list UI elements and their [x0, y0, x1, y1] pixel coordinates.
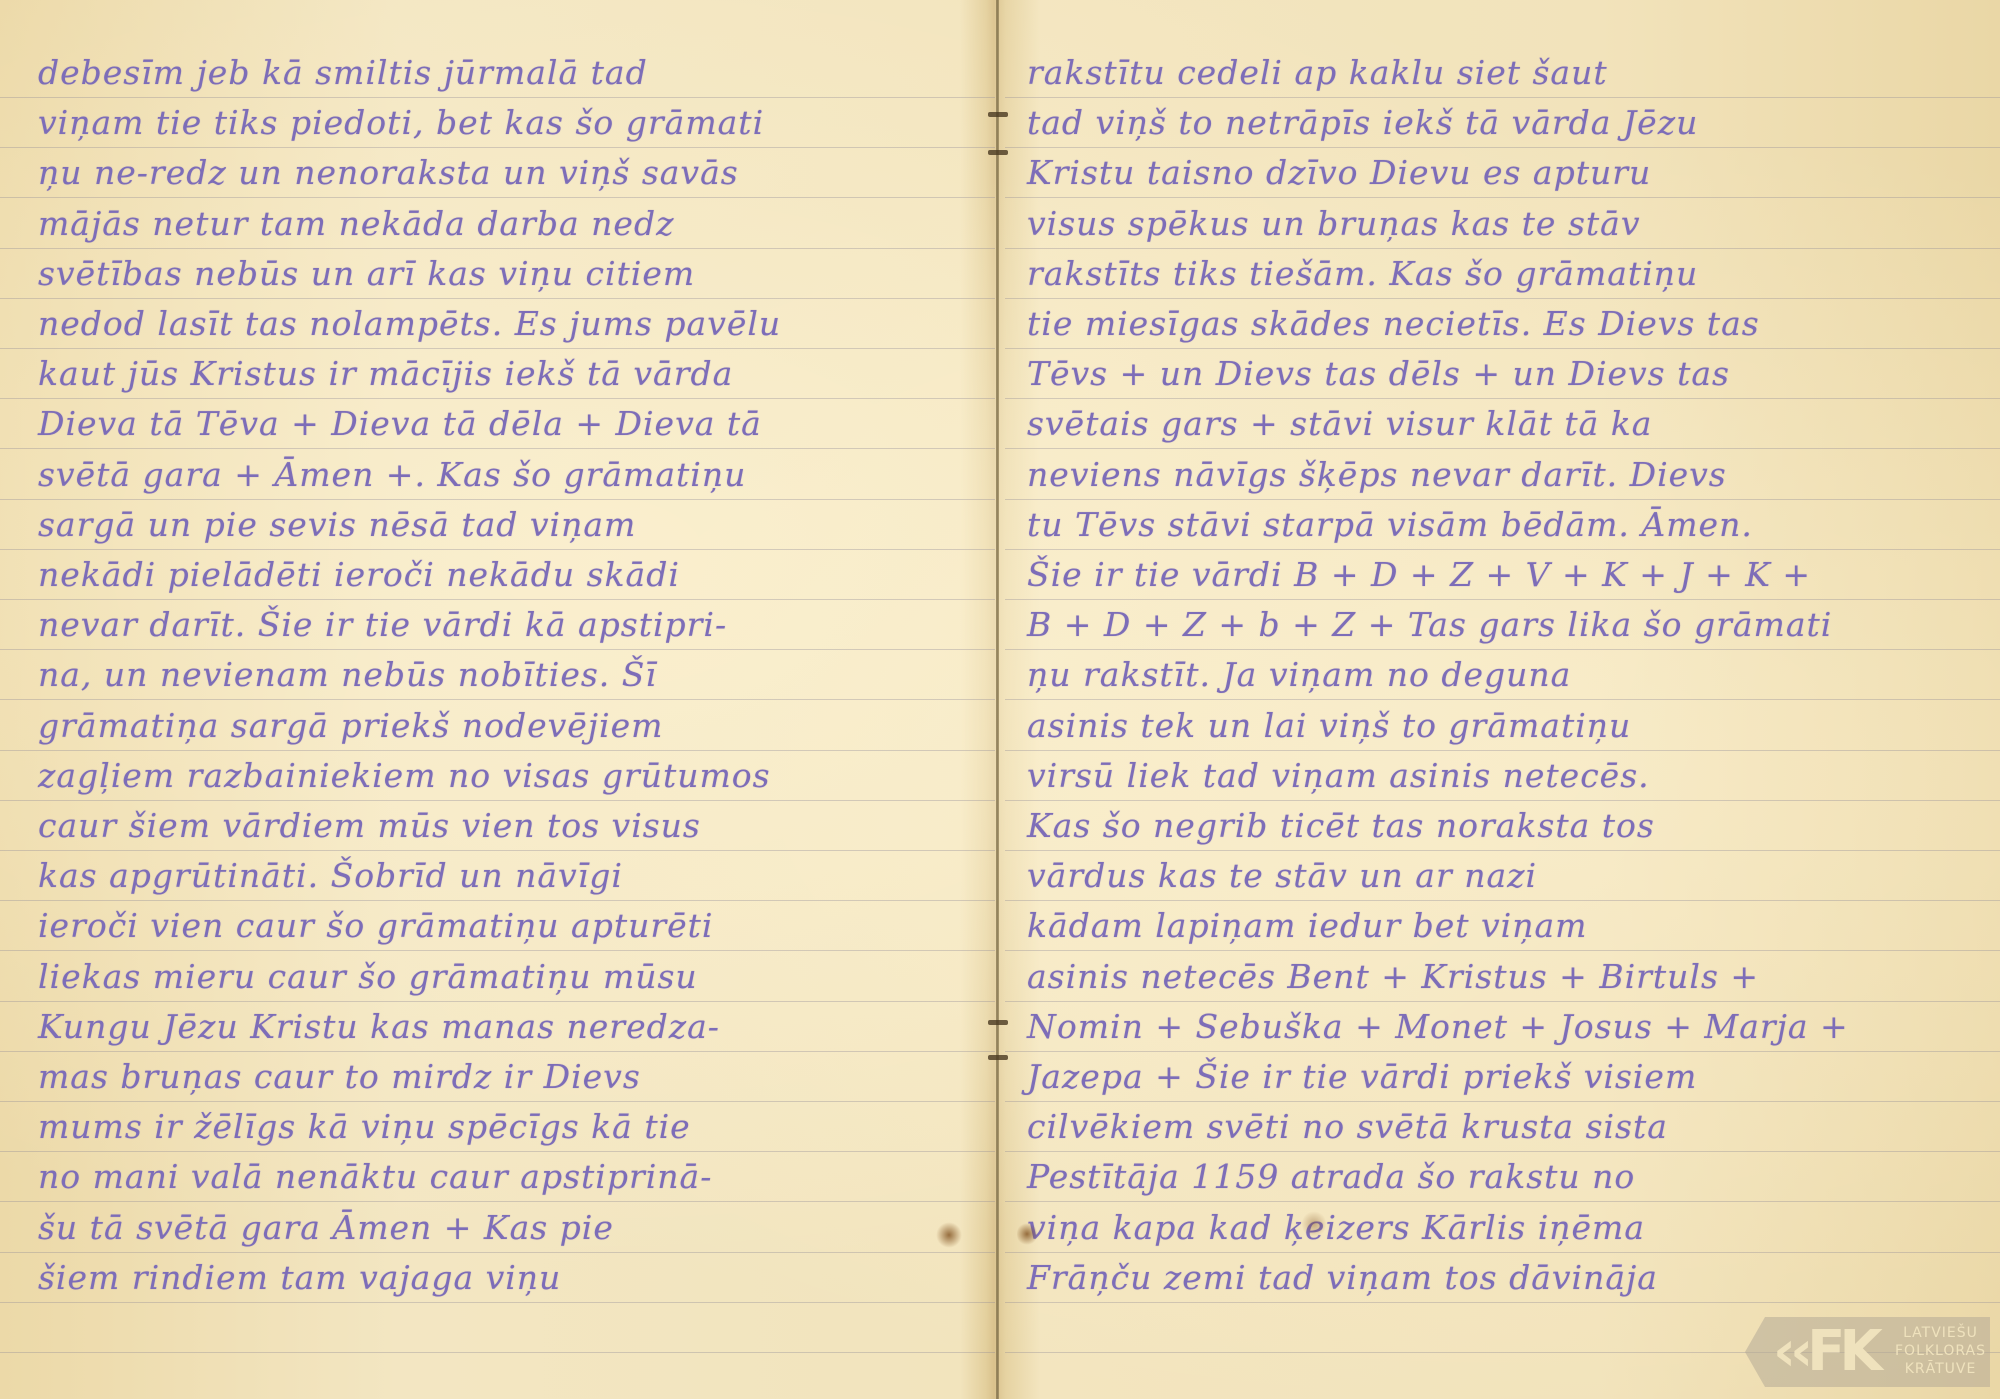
- handwritten-line: grāmatiņa sargā priekš nodevējiem: [0, 706, 995, 754]
- notebook-spread: debesīm jeb kā smiltis jūrmalā tadviņam …: [0, 0, 2000, 1399]
- paper-stain: [1017, 1222, 1037, 1246]
- lfk-monogram-icon: ‹‹FK: [1773, 1319, 1877, 1385]
- staple: [988, 112, 1008, 117]
- handwritten-line: tad viņš to netrāpīs iekš tā vārda Jēzu: [1005, 103, 2000, 151]
- handwritten-line: svētais gars + stāvi visur klāt tā ka: [1005, 404, 2000, 452]
- ruled-line: [0, 1352, 995, 1353]
- handwritten-line: neviens nāvīgs šķēps nevar darīt. Dievs: [1005, 455, 2000, 503]
- handwritten-line: Kungu Jēzu Kristu kas manas neredza-: [0, 1007, 995, 1055]
- handwritten-line: nevar darīt. Šie ir tie vārdi kā apstipr…: [0, 605, 995, 653]
- handwritten-line: Nomin + Sebuška + Monet + Josus + Marja …: [1005, 1007, 2000, 1055]
- handwritten-line: Kas šo negrib ticēt tas noraksta tos: [1005, 806, 2000, 854]
- handwritten-line: kas apgrūtināti. Šobrīd un nāvīgi: [0, 856, 995, 904]
- handwritten-line: Šie ir tie vārdi B + D + Z + V + K + J +…: [1005, 555, 2000, 603]
- handwritten-line: liekas mieru caur šo grāmatiņu mūsu: [0, 957, 995, 1005]
- handwritten-line: nekādi pielādēti ieroči nekādu skādi: [0, 555, 995, 603]
- handwritten-line: no mani valā nenāktu caur apstiprinā-: [0, 1157, 995, 1205]
- logo-text: LATVIEŠU FOLKLORAS KRĀTUVE: [1895, 1324, 1986, 1378]
- logo-arrow-icon: [1745, 1317, 1765, 1387]
- left-page: debesīm jeb kā smiltis jūrmalā tadviņam …: [0, 0, 995, 1399]
- handwritten-line: na, un nevienam nebūs nobīties. Šī: [0, 655, 995, 703]
- handwritten-line: debesīm jeb kā smiltis jūrmalā tad: [0, 53, 995, 101]
- handwritten-line: sargā un pie sevis nēsā tad viņam: [0, 505, 995, 553]
- handwritten-line: virsū liek tad viņam asinis netecēs.: [1005, 756, 2000, 804]
- handwritten-line: caur šiem vārdiem mūs vien tos visus: [0, 806, 995, 854]
- handwritten-line: mums ir žēlīgs kā viņu spēcīgs kā tie: [0, 1107, 995, 1155]
- logo-line: KRĀTUVE: [1895, 1360, 1986, 1378]
- handwritten-line: kaut jūs Kristus ir mācījis iekš tā vārd…: [0, 354, 995, 402]
- handwritten-line: Frāņču zemi tad viņam tos dāvināja: [1005, 1258, 2000, 1306]
- handwritten-line: nedod lasīt tas nolampēts. Es jums pavēl…: [0, 304, 995, 352]
- staple: [988, 150, 1008, 155]
- handwritten-line: viņam tie tiks piedoti, bet kas šo grāma…: [0, 103, 995, 151]
- handwritten-line: vārdus kas te stāv un ar nazi: [1005, 856, 2000, 904]
- paper-stain: [1302, 1210, 1326, 1238]
- handwritten-line: zagļiem razbainiekiem no visas grūtumos: [0, 756, 995, 804]
- staple: [988, 1020, 1008, 1025]
- handwritten-line: Kristu taisno dzīvo Dievu es apturu: [1005, 153, 2000, 201]
- handwritten-line: asinis tek un lai viņš to grāmatiņu: [1005, 706, 2000, 754]
- handwritten-line: visus spēkus un bruņas kas te stāv: [1005, 204, 2000, 252]
- handwritten-line: tie miesīgas skādes necietīs. Es Dievs t…: [1005, 304, 2000, 352]
- handwritten-line: svētības nebūs un arī kas viņu citiem: [0, 254, 995, 302]
- handwritten-line: svētā gara + Āmen +. Kas šo grāmatiņu: [0, 455, 995, 503]
- handwritten-line: šiem rindiem tam vajaga viņu: [0, 1258, 995, 1306]
- handwritten-line: rakstītu cedeli ap kaklu siet šaut: [1005, 53, 2000, 101]
- handwritten-line: Pestītāja 1159 atrada šo rakstu no: [1005, 1157, 2000, 1205]
- handwritten-line: B + D + Z + b + Z + Tas gars lika šo grā…: [1005, 605, 2000, 653]
- handwritten-line: cilvēkiem svēti no svētā krusta sista: [1005, 1107, 2000, 1155]
- handwritten-line: mājās netur tam nekāda darba nedz: [0, 204, 995, 252]
- handwritten-line: tu Tēvs stāvi starpā visām bēdām. Āmen.: [1005, 505, 2000, 553]
- handwritten-line: asinis netecēs Bent + Kristus + Birtuls …: [1005, 957, 2000, 1005]
- handwritten-line: mas bruņas caur to mirdz ir Dievs: [0, 1057, 995, 1105]
- logo-line: LATVIEŠU: [1895, 1324, 1986, 1342]
- logo-line: FOLKLORAS: [1895, 1342, 1986, 1360]
- paper-stain: [936, 1222, 962, 1248]
- latviesu-folkloras-kratuve-logo: ‹‹FK LATVIEŠU FOLKLORAS KRĀTUVE: [1745, 1315, 1995, 1390]
- notebook-spine: [996, 0, 999, 1399]
- handwritten-line: Jazepa + Šie ir tie vārdi priekš visiem: [1005, 1057, 2000, 1105]
- staple: [988, 1055, 1008, 1060]
- handwritten-line: ņu rakstīt. Ja viņam no deguna: [1005, 655, 2000, 703]
- handwritten-line: viņa kapa kad ķeizers Kārlis iņēma: [1005, 1208, 2000, 1256]
- handwritten-line: ieroči vien caur šo grāmatiņu apturēti: [0, 906, 995, 954]
- handwritten-line: rakstīts tiks tiešām. Kas šo grāmatiņu: [1005, 254, 2000, 302]
- right-page: rakstītu cedeli ap kaklu siet šauttad vi…: [1005, 0, 2000, 1399]
- handwritten-line: kādam lapiņam iedur bet viņam: [1005, 906, 2000, 954]
- handwritten-line: šu tā svētā gara Āmen + Kas pie: [0, 1208, 995, 1256]
- handwritten-line: Dieva tā Tēva + Dieva tā dēla + Dieva tā: [0, 404, 995, 452]
- handwritten-line: Tēvs + un Dievs tas dēls + un Dievs tas: [1005, 354, 2000, 402]
- handwritten-line: ņu ne-redz un nenoraksta un viņš savās: [0, 153, 995, 201]
